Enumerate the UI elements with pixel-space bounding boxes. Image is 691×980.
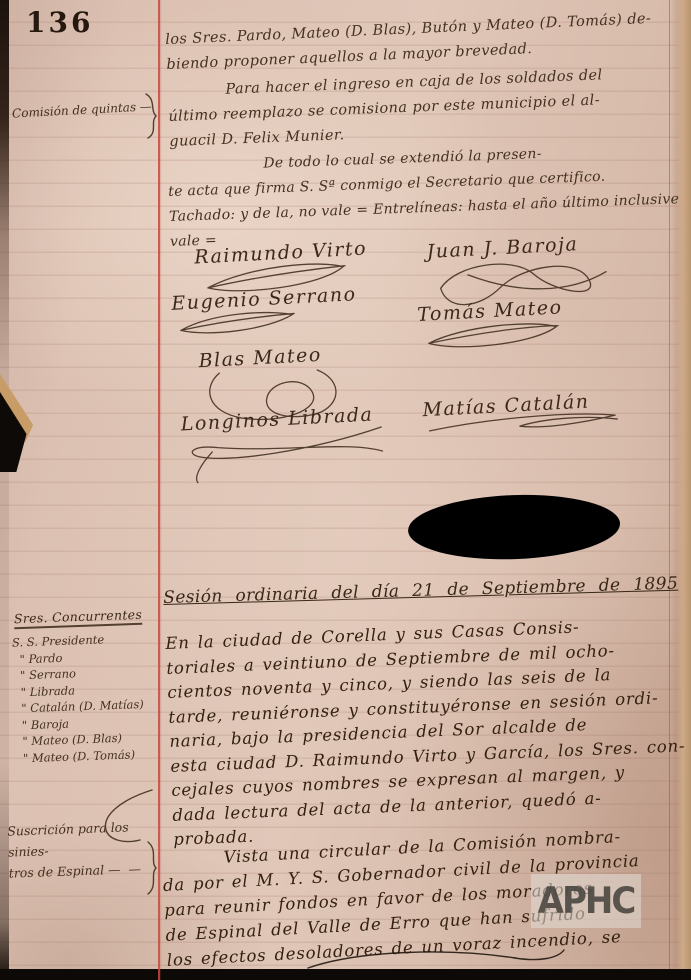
signatures-block: Raimundo Virto Juan J. Baroja Eugenio Se…	[160, 236, 691, 596]
session-body-paragraph: En la ciudad de Corella y sus Casas Cons…	[165, 611, 691, 852]
attendees-title: Sres. Concurrentes	[14, 607, 143, 629]
watermark-text: APHC	[538, 879, 635, 922]
bottom-ink-stroke	[300, 942, 570, 978]
signature-ramon-lasantas: Ramón Lasantas Sanz	[417, 502, 559, 551]
text-fragment: tros de Espinal	[9, 862, 105, 880]
signature-longinos-librada: Longinos Librada	[180, 403, 394, 488]
text-line: tros de Espinal — —	[8, 857, 161, 883]
signature-tomas-mateo: Tomás Mateo	[417, 296, 570, 356]
signature-oval-rubric-icon	[399, 485, 638, 575]
margin-brace-decoration	[140, 92, 162, 140]
suscricion-brace-decoration	[142, 840, 162, 896]
signature-eugenio-serrano: Eugenio Serrano	[171, 283, 358, 341]
page-number: 136	[26, 6, 93, 39]
dash-mark: — —	[108, 861, 143, 877]
attendees-list: S. S. Presidente " Pardo " Serrano " Lib…	[12, 629, 163, 766]
watermark-badge: APHC	[531, 874, 641, 928]
signature-matias-catalan: Matías Catalán	[422, 389, 624, 443]
text-line: Suscrición para los sinies-	[7, 815, 160, 862]
margin-note-suscricion: Suscrición para los sinies- tros de Espi…	[7, 815, 161, 883]
margin-note-quintas: Comisión de quintas —	[12, 99, 151, 120]
manuscript-page: 136 Comisión de quintas — los Sres. Pard…	[0, 0, 691, 980]
margin-attendees: Sres. Concurrentes S. S. Presidente " Pa…	[14, 606, 160, 764]
